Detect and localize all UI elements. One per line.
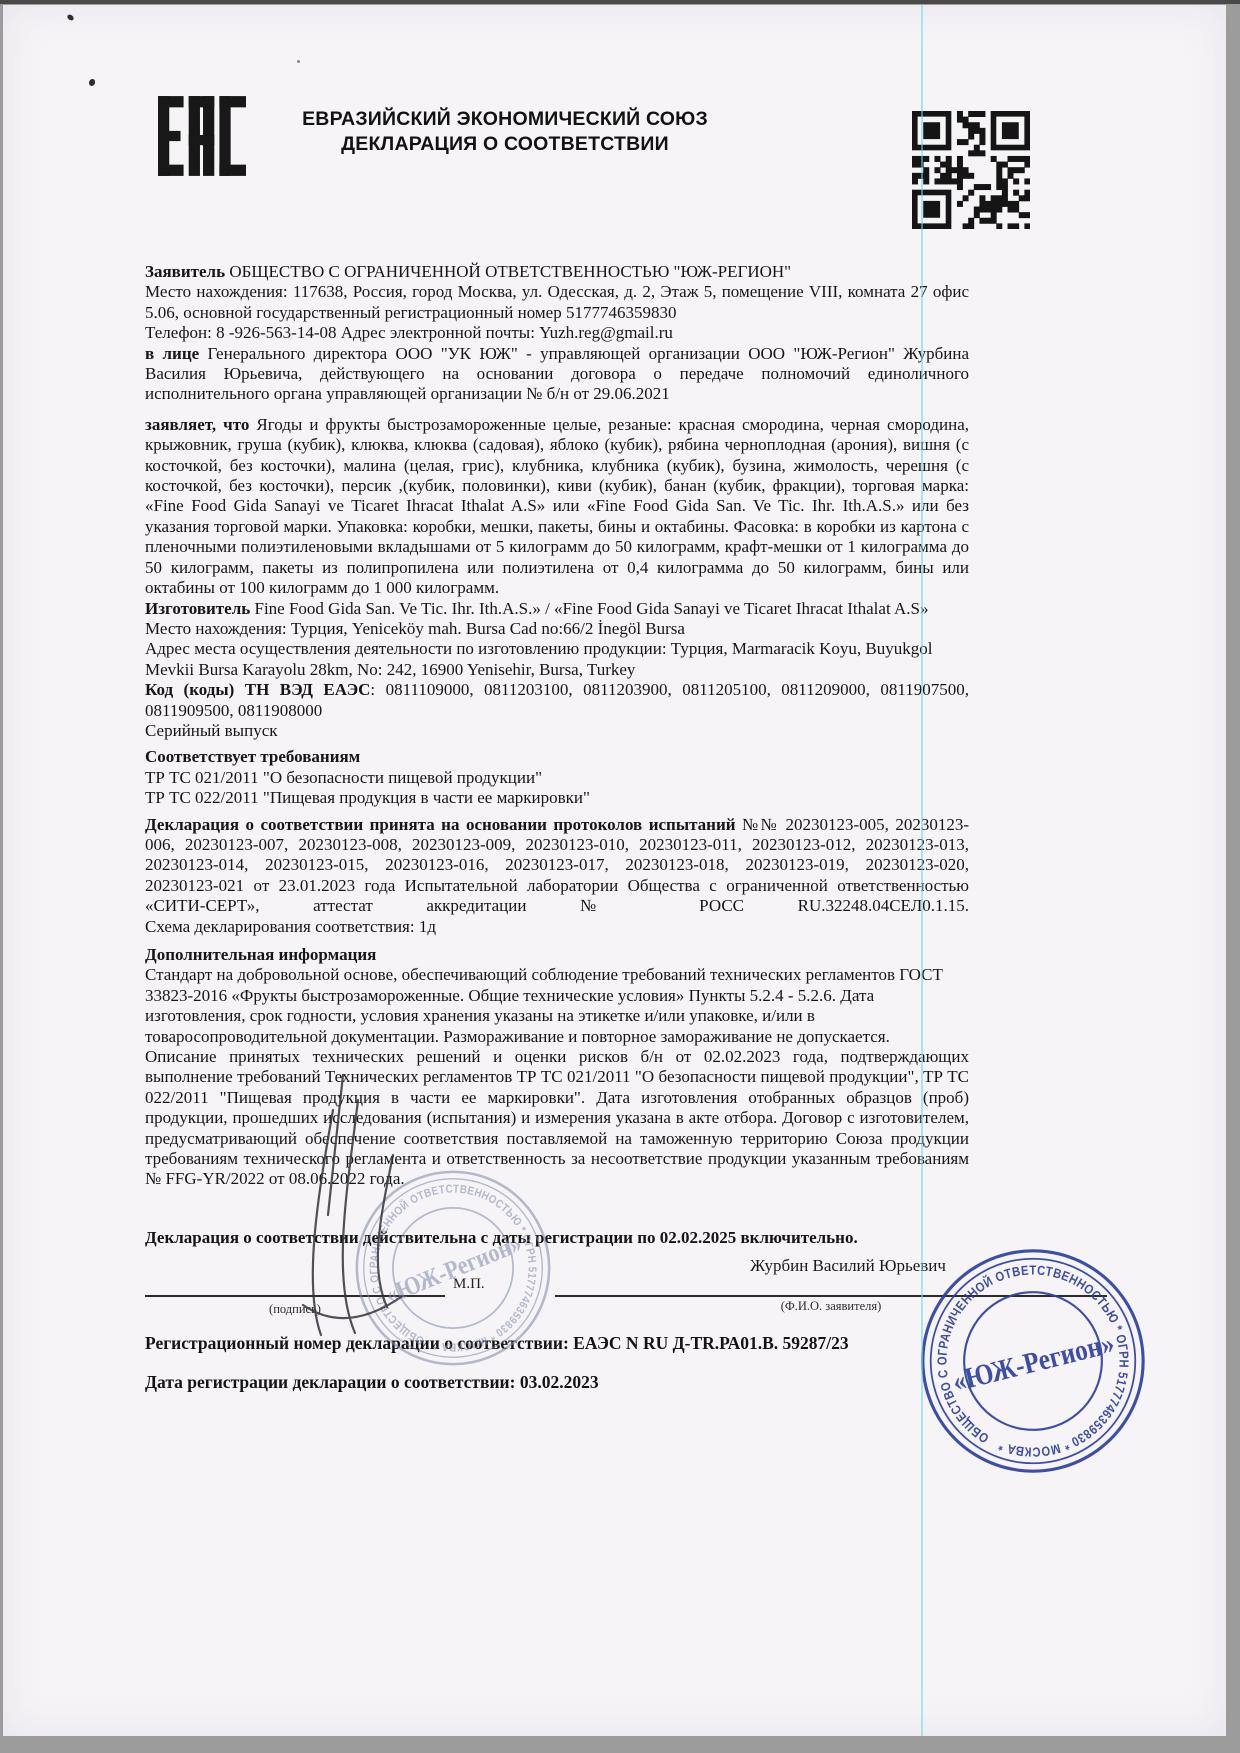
seal-place-label: М.П.: [453, 1276, 485, 1293]
scan-speck: [89, 79, 95, 86]
scan-speck: [297, 60, 300, 63]
applicant-representative: в лице Генерального директора ООО "УК ЮЖ…: [145, 344, 969, 405]
protocols-label: Декларация о соответствии принята на осн…: [145, 815, 736, 834]
registration-number-line: Регистрационный номер декларации о соотв…: [145, 1333, 985, 1354]
product-text: Ягоды и фрукты быстрозамороженные целые,…: [145, 415, 969, 597]
representative-label: в лице: [145, 344, 199, 363]
qr-code-icon: [912, 111, 1030, 234]
additional-description: Описание принятых технических решений и …: [145, 1047, 969, 1190]
title-line-1: ЕВРАЗИЙСКИЙ ЭКОНОМИЧЕСКИЙ СОЮЗ: [255, 107, 755, 132]
applicant-contacts: Телефон: 8 -926-563-14-08 Адрес электрон…: [145, 323, 969, 343]
compliance-item-1: ТР ТС 021/2011 "О безопасности пищевой п…: [145, 768, 969, 788]
title-line-2: ДЕКЛАРАЦИЯ О СООТВЕТСТВИИ: [255, 132, 755, 157]
scanner-artifact-line: [921, 5, 923, 1736]
manufacturer-label: Изготовитель: [145, 599, 250, 618]
manufacturer-name-line: Изготовитель Fine Food Gida San. Ve Tic.…: [145, 599, 969, 619]
applicant-fullname: Журбин Василий Юрьевич: [603, 1256, 1093, 1276]
registration-number-label: Регистрационный номер декларации о соотв…: [145, 1333, 569, 1353]
fio-caption: (Ф.И.О. заявителя): [555, 1299, 1107, 1314]
document-title: ЕВРАЗИЙСКИЙ ЭКОНОМИЧЕСКИЙ СОЮЗ ДЕКЛАРАЦИ…: [255, 107, 755, 157]
declares-label: заявляет, что: [145, 415, 249, 434]
scan-edge-top: [0, 0, 1240, 4]
compliance-item-2: ТР ТС 022/2011 "Пищевая продукция в част…: [145, 788, 969, 808]
declaration-scheme: Схема декларирования соответствия: 1д: [145, 917, 969, 937]
scan-speck: [66, 13, 75, 21]
representative-text: Генерального директора ООО "УК ЮЖ" - упр…: [145, 344, 969, 404]
serial-release: Серийный выпуск: [145, 721, 969, 741]
tnved-label: Код (коды) ТН ВЭД ЕАЭС: [145, 680, 370, 699]
eac-logo-icon: [158, 95, 246, 182]
document-page: ЕВРАЗИЙСКИЙ ЭКОНОМИЧЕСКИЙ СОЮЗ ДЕКЛАРАЦИ…: [3, 5, 1226, 1736]
fio-line: [555, 1295, 1107, 1297]
tnved-codes-line: Код (коды) ТН ВЭД ЕАЭС: 0811109000, 0811…: [145, 680, 969, 721]
document-body: Заявитель ОБЩЕСТВО С ОГРАНИЧЕННОЙ ОТВЕТС…: [145, 262, 969, 1190]
manufacturer-name: Fine Food Gida San. Ve Tic. Ihr. Ith.A.S…: [250, 599, 928, 618]
compliance-heading: Соответствует требованиям: [145, 747, 969, 767]
product-declaration: заявляет, что Ягоды и фрукты быстрозамор…: [145, 415, 969, 599]
applicant-name-line: Заявитель ОБЩЕСТВО С ОГРАНИЧЕННОЙ ОТВЕТС…: [145, 262, 969, 282]
svg-text:ОБЩЕСТВО С ОГРАНИЧЕННОЙ ОТВЕТС: ОБЩЕСТВО С ОГРАНИЧЕННОЙ ОТВЕТСТВЕННОСТЬЮ…: [915, 1243, 1151, 1479]
additional-standard: Стандарт на добровольной основе, обеспеч…: [145, 965, 969, 1047]
signature-line: [145, 1295, 445, 1297]
registration-date-line: Дата регистрации декларации о соответств…: [145, 1372, 985, 1393]
company-seal-blue: ОБЩЕСТВО С ОГРАНИЧЕННОЙ ОТВЕТСТВЕННОСТЬЮ…: [915, 1243, 1151, 1479]
applicant-address: Место нахождения: 117638, Россия, город …: [145, 282, 969, 323]
applicant-label: Заявитель: [145, 262, 225, 281]
additional-info-heading: Дополнительная информация: [145, 945, 969, 965]
validity-statement: Декларация о соответствии действительна …: [145, 1228, 969, 1248]
manufacturer-location: Место нахождения: Турция, Yeniceköy mah.…: [145, 619, 969, 639]
registration-date-label: Дата регистрации декларации о соответств…: [145, 1372, 515, 1392]
protocols-paragraph: Декларация о соответствии принята на осн…: [145, 815, 969, 917]
applicant-name: ОБЩЕСТВО С ОГРАНИЧЕННОЙ ОТВЕТСТВЕННОСТЬЮ…: [225, 262, 791, 281]
registration-number-value: ЕАЭС N RU Д-TR.РА01.В. 59287/23: [569, 1333, 849, 1353]
registration-date-value: 03.02.2023: [515, 1372, 598, 1392]
signature-caption: (подпись): [145, 1302, 445, 1317]
manufacturer-activity-address: Адрес места осуществления деятельности п…: [145, 639, 969, 680]
